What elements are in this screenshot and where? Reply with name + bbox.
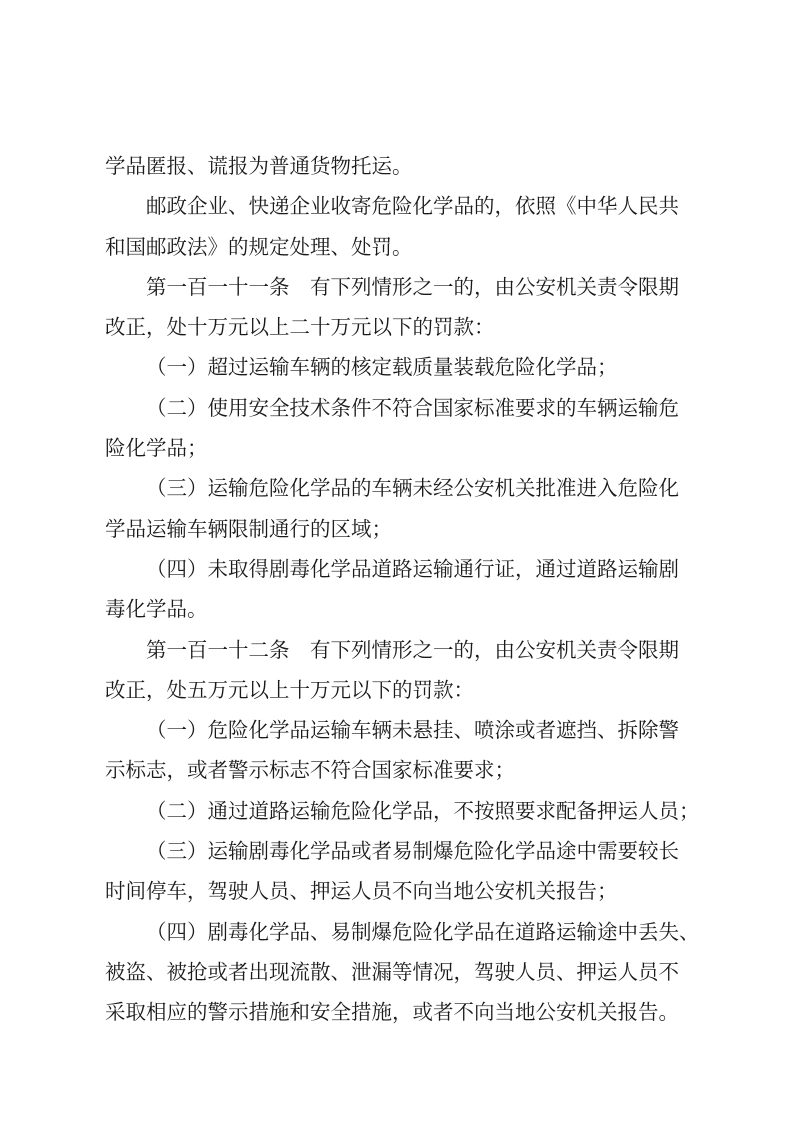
text-line: 示标志，或者警示标志不符合国家标准要求； <box>105 750 695 790</box>
text-line: 被盗、被抢或者出现流散、泄漏等情况，驾驶人员、押运人员不 <box>105 952 695 992</box>
text-line: 采取相应的警示措施和安全措施，或者不向当地公安机关报告。 <box>105 992 695 1032</box>
list-item: （一）危险化学品运输车辆未悬挂、喷涂或者遮挡、拆除警 <box>105 710 695 750</box>
list-item: （一）超过运输车辆的核定载质量装载危险化学品； <box>105 347 695 387</box>
text-line: 险化学品； <box>105 428 695 468</box>
list-item: （三）运输剧毒化学品或者易制爆危险化学品途中需要较长 <box>105 831 695 871</box>
text-line: 时间停车，驾驶人员、押运人员不向当地公安机关报告； <box>105 871 695 911</box>
text-line: 毒化学品。 <box>105 589 695 629</box>
text-line: 改正，处五万元以上十万元以下的罚款： <box>105 670 695 710</box>
text-line: 改正，处十万元以上二十万元以下的罚款： <box>105 307 695 347</box>
text-line: 学品匿报、谎报为普通货物托运。 <box>105 146 695 186</box>
list-item: （三）运输危险化学品的车辆未经公安机关批准进入危险化 <box>105 468 695 508</box>
article-heading-112: 第一百一十二条 有下列情形之一的，由公安机关责令限期 <box>105 630 695 670</box>
document-page: 学品匿报、谎报为普通货物托运。 邮政企业、快递企业收寄危险化学品的，依照《中华人… <box>105 146 695 1033</box>
text-line: 和国邮政法》的规定处理、处罚。 <box>105 227 695 267</box>
list-item: （二）通过道路运输危险化学品，不按照要求配备押运人员； <box>105 791 695 831</box>
list-item: （四）未取得剧毒化学品道路运输通行证，通过道路运输剧 <box>105 549 695 589</box>
text-line: 学品运输车辆限制通行的区域； <box>105 509 695 549</box>
list-item: （二）使用安全技术条件不符合国家标准要求的车辆运输危 <box>105 388 695 428</box>
text-line: 邮政企业、快递企业收寄危险化学品的，依照《中华人民共 <box>105 186 695 226</box>
article-heading-111: 第一百一十一条 有下列情形之一的，由公安机关责令限期 <box>105 267 695 307</box>
list-item: （四）剧毒化学品、易制爆危险化学品在道路运输途中丢失、 <box>105 912 695 952</box>
